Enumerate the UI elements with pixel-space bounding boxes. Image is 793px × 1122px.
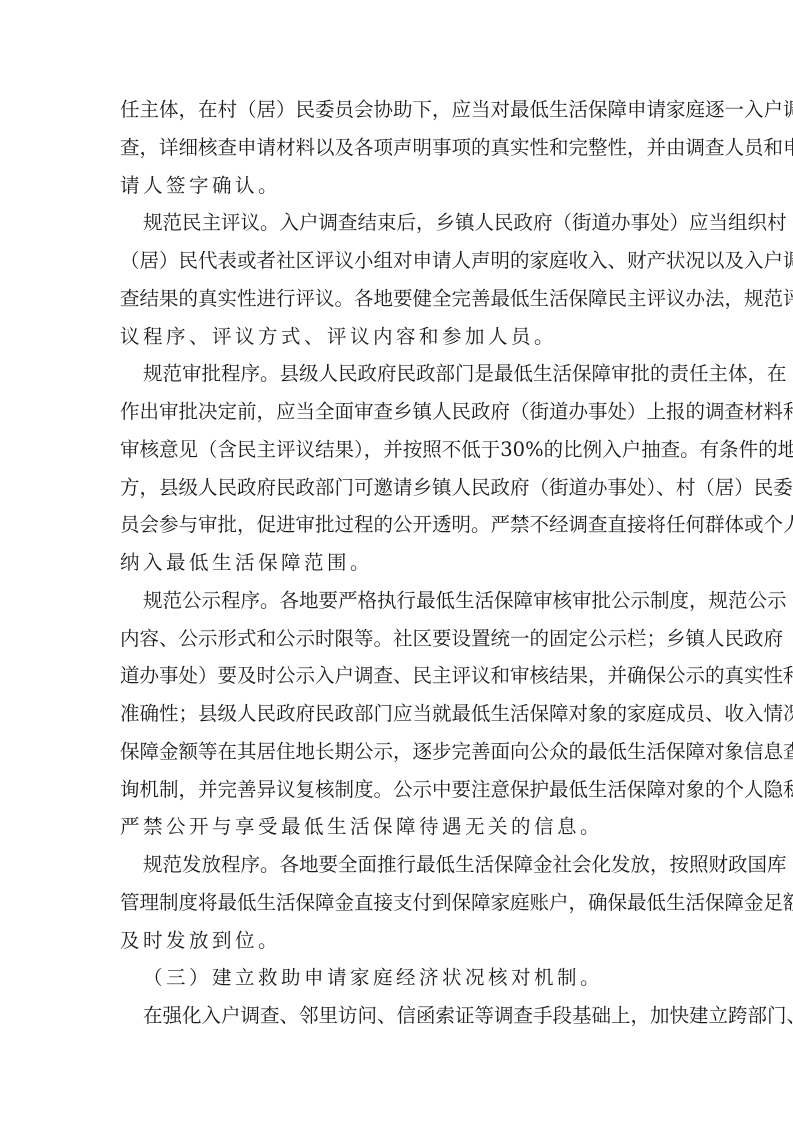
text-line: 准确性；县级人民政府民政部门应当就最低生活保障对象的家庭成员、收入情况、 [120,695,673,733]
text-line: 严禁公开与享受最低生活保障待遇无关的信息。 [120,808,673,846]
paragraph-verification-mechanism: 在强化入户调查、邻里访问、信函索证等调查手段基础上，加快建立跨部门、 [120,997,673,1035]
text-line: 规范审批程序。县级人民政府民政部门是最低生活保障审批的责任主体，在 [120,355,673,393]
text-line: 管理制度将最低生活保障金直接支付到保障家庭账户，确保最低生活保障金足额、 [120,884,673,922]
document-page: 任主体，在村（居）民委员会协助下，应当对最低生活保障申请家庭逐一入户调 查，详细… [120,91,673,1035]
text-line: 道办事处）要及时公示入户调查、民主评议和审核结果，并确保公示的真实性和 [120,657,673,695]
paragraph-continuation: 任主体，在村（居）民委员会协助下，应当对最低生活保障申请家庭逐一入户调 查，详细… [120,91,673,204]
text-line: 员会参与审批，促进审批过程的公开透明。严禁不经调查直接将任何群体或个人 [120,506,673,544]
paragraph-payment-procedure: 规范发放程序。各地要全面推行最低生活保障金社会化发放，按照财政国库 管理制度将最… [120,846,673,959]
text-line: 方，县级人民政府民政部门可邀请乡镇人民政府（街道办事处）、村（居）民委 [120,469,673,507]
text-line: 内容、公示形式和公示时限等。社区要设置统一的固定公示栏；乡镇人民政府（街 [120,620,673,658]
text-line: 议程序、评议方式、评议内容和参加人员。 [120,318,673,356]
section-heading: （三）建立救助申请家庭经济状况核对机制。 [120,959,673,997]
text-line: 保障金额等在其居住地长期公示，逐步完善面向公众的最低生活保障对象信息查 [120,733,673,771]
text-line: 请人签字确认。 [120,167,673,205]
text-line: 及时发放到位。 [120,922,673,960]
text-line: （居）民代表或者社区评议小组对申请人声明的家庭收入、财产状况以及入户调 [120,242,673,280]
text-line: 查，详细核查申请材料以及各项声明事项的真实性和完整性，并由调查人员和申 [120,129,673,167]
text-line: 规范发放程序。各地要全面推行最低生活保障金社会化发放，按照财政国库 [120,846,673,884]
text-line: 作出审批决定前，应当全面审查乡镇人民政府（街道办事处）上报的调查材料和 [120,393,673,431]
text-line: 在强化入户调查、邻里访问、信函索证等调查手段基础上，加快建立跨部门、 [120,997,673,1035]
heading-text: （三）建立救助申请家庭经济状况核对机制。 [120,959,673,997]
paragraph-approval-procedure: 规范审批程序。县级人民政府民政部门是最低生活保障审批的责任主体，在 作出审批决定… [120,355,673,582]
text-line: 任主体，在村（居）民委员会协助下，应当对最低生活保障申请家庭逐一入户调 [120,91,673,129]
text-line: 询机制，并完善异议复核制度。公示中要注意保护最低生活保障对象的个人隐私， [120,771,673,809]
text-line: 规范公示程序。各地要严格执行最低生活保障审核审批公示制度，规范公示 [120,582,673,620]
text-line: 纳入最低生活保障范围。 [120,544,673,582]
paragraph-publicity-procedure: 规范公示程序。各地要严格执行最低生活保障审核审批公示制度，规范公示 内容、公示形… [120,582,673,846]
paragraph-democratic-review: 规范民主评议。入户调查结束后，乡镇人民政府（街道办事处）应当组织村 （居）民代表… [120,204,673,355]
text-line: 审核意见（含民主评议结果），并按照不低于30%的比例入户抽查。有条件的地 [120,431,673,469]
text-line: 查结果的真实性进行评议。各地要健全完善最低生活保障民主评议办法，规范评 [120,280,673,318]
text-line: 规范民主评议。入户调查结束后，乡镇人民政府（街道办事处）应当组织村 [120,204,673,242]
